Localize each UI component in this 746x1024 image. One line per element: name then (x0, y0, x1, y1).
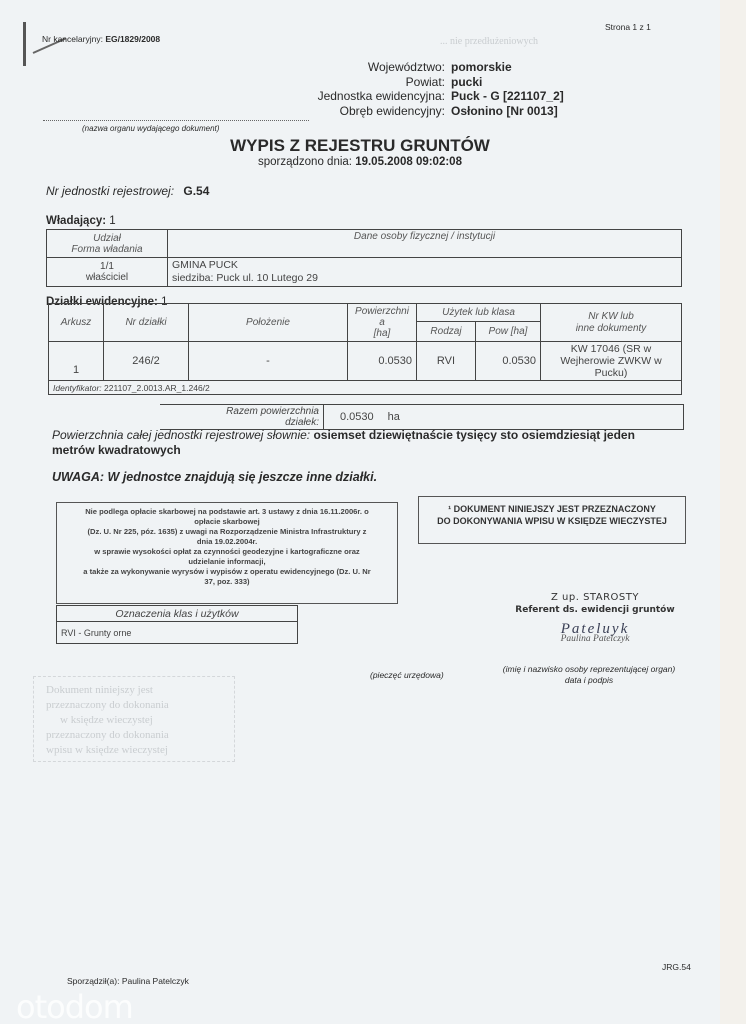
fee-notice-box: Nie podlega opłacie skarbowej na podstaw… (56, 502, 398, 604)
faded-stamp-top: ... nie przedłużeniowych (440, 36, 538, 47)
signature-block: Z up. STAROSTY Referent ds. ewidencji gr… (490, 592, 700, 644)
page-number: Strona 1 z 1 (605, 22, 651, 32)
owners-table: UdziałForma władania Dane osoby fizyczne… (46, 229, 682, 287)
document-title: WYPIS Z REJESTRU GRUNTÓW (200, 136, 520, 156)
document-page: Nr kancelaryjny: EG/1829/2008 Strona 1 z… (0, 0, 720, 1024)
prepared-by: Sporządził(a): Paulina Patelczyk (67, 976, 189, 986)
parcels-total: Razem powierzchniadziałek: 0.0530ha (160, 404, 684, 430)
footer-code: JRG.54 (662, 962, 691, 972)
signature-caption: (imię i nazwisko osoby reprezentującej o… (484, 664, 694, 686)
area-words: Powierzchnia całej jednostki rejestrowej… (52, 428, 672, 458)
unit-number: Nr jednostki rejestrowej: G.54 (46, 184, 209, 198)
kancelaryjny: Nr kancelaryjny: EG/1829/2008 (42, 34, 160, 44)
margin-bar (23, 22, 26, 66)
uwaga-note: UWAGA: W jednostce znajdują się jeszcze … (52, 470, 377, 484)
stamp-caption: (pieczęć urzędowa) (370, 670, 444, 680)
organ-dotted-line (43, 120, 309, 121)
faded-stamp-box: Dokument niniejszy jest przeznaczony do … (33, 676, 235, 762)
owners-heading: Władający: 1 (46, 215, 116, 227)
paper-edge (720, 0, 746, 1024)
header-fields: Województwo:pomorskie Powiat:pucki Jedno… (300, 60, 564, 118)
parcel-row: 1 246/2 - 0.0530 RVI 0.0530 KW 17046 (SR… (49, 342, 682, 381)
legend-table: Oznaczenia klas i użytków RVI - Grunty o… (56, 605, 298, 644)
organ-caption: (nazwa organu wydającego dokument) (82, 124, 219, 133)
document-date: sporządzono dnia: 19.05.2008 09:02:08 (200, 156, 520, 168)
parcels-table: Arkusz Nr działki Położenie Powierzchnia… (48, 303, 682, 395)
otodom-watermark: otodom (16, 988, 133, 1024)
kw-notice-box: ¹ DOKUMENT NINIEJSZY JEST PRZEZNACZONY D… (418, 496, 686, 544)
